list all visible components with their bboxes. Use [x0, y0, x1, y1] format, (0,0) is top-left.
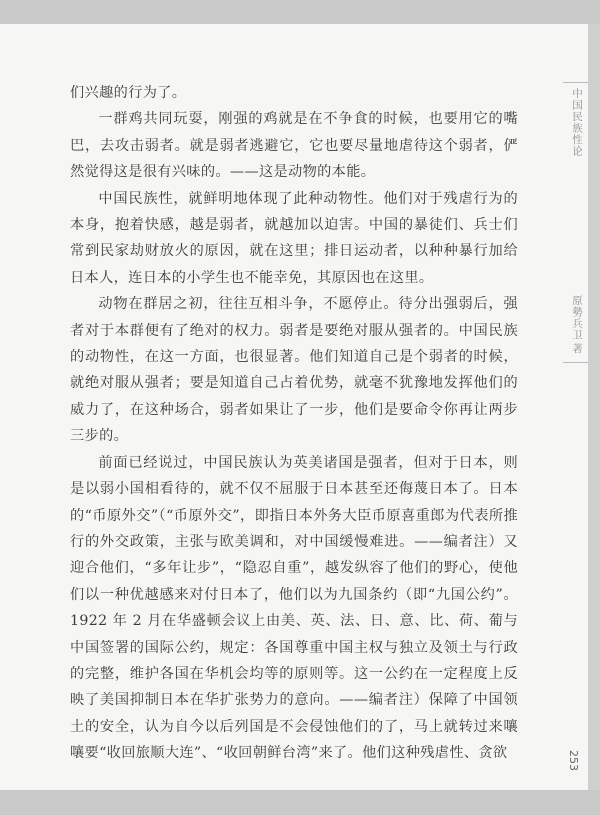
paragraph: 一群鸡共同玩耍，刚强的鸡就是在不争食的时候，也要用它的嘴巴，去攻击弱者。就是弱者…: [70, 106, 518, 185]
paragraph: 动物在群居之初，往往互相斗争，不愿停止。待分出强弱后，强者对于本群便有了绝对的权…: [70, 291, 518, 449]
header-rule-bottom: [563, 362, 588, 363]
paragraph: 中国民族性，就鲜明地体现了此种动物性。他们对于残虐行为的本身，抱着快感，越是弱者…: [70, 186, 518, 292]
page-edge-shadow: [588, 24, 600, 790]
paragraph: 前面已经说过，中国民族认为英美诸国是强者，但对于日本，则是以弱小国相看待的，就不…: [70, 450, 518, 767]
body-text: 们兴趣的行为了。 一群鸡共同玩耍，刚强的鸡就是在不争食的时候，也要用它的嘴巴，去…: [70, 80, 518, 767]
page-number: 253: [567, 750, 580, 771]
running-header-book-title: 中国民族性论: [570, 88, 585, 157]
running-header-author: 原勢兵卫: [570, 295, 585, 341]
header-rule-top: [563, 82, 588, 83]
running-header-author-suffix: 著: [570, 343, 585, 355]
paragraph: 们兴趣的行为了。: [70, 80, 518, 106]
